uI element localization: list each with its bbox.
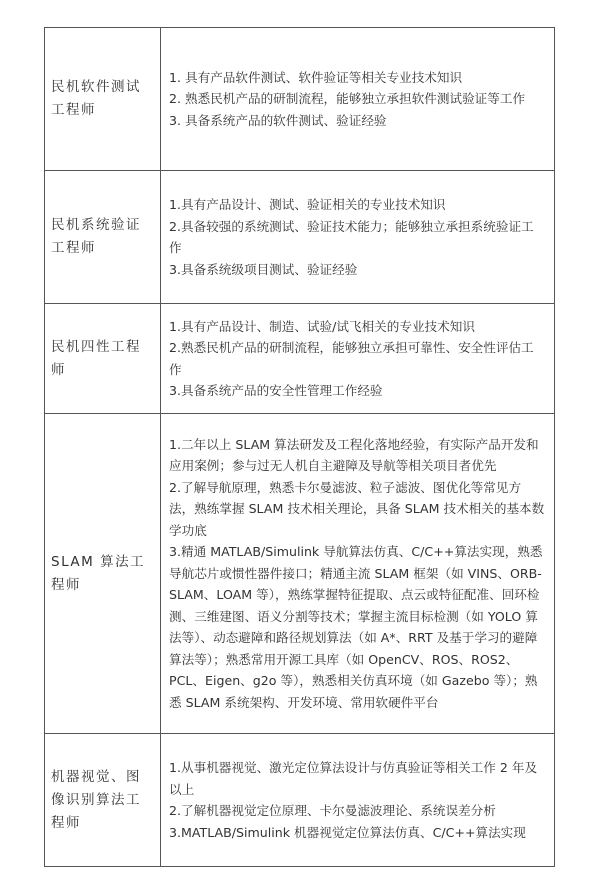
job-title: 机器视觉、图像识别算法工程师: [45, 734, 161, 867]
requirement-item: 2.了解导航原理，熟悉卡尔曼滤波、粒子滤波、图优化等常见方法，熟练掌握 SLAM…: [169, 477, 546, 542]
requirement-item: 3.具备系统级项目测试、验证经验: [169, 259, 546, 281]
job-title: 民机系统验证工程师: [45, 171, 161, 304]
requirement-item: 3. 具备系统产品的软件测试、验证经验: [169, 110, 546, 132]
requirement-item: 3.具备系统产品的安全性管理工作经验: [169, 380, 546, 402]
requirement-item: 2.具备较强的系统测试、验证技术能力；能够独立承担系统验证工作: [169, 216, 546, 259]
job-title: 民机四性工程师: [45, 304, 161, 414]
requirement-item: 2.了解机器视觉定位原理、卡尔曼滤波理论、系统误差分析: [169, 800, 546, 822]
requirement-item: 3.MATLAB/Simulink 机器视觉定位算法仿真、C/C++算法实现: [169, 822, 546, 844]
table-row: 民机四性工程师 1.具有产品设计、制造、试验/试飞相关的专业技术知识 2.熟悉民…: [45, 304, 555, 414]
job-requirements: 1.具有产品设计、制造、试验/试飞相关的专业技术知识 2.熟悉民机产品的研制流程…: [161, 304, 555, 414]
table-row: 民机系统验证工程师 1.具有产品设计、测试、验证相关的专业技术知识 2.具备较强…: [45, 171, 555, 304]
requirement-item: 2. 熟悉民机产品的研制流程，能够独立承担软件测试验证等工作: [169, 88, 546, 110]
requirement-item: 1. 具有产品软件测试、软件验证等相关专业技术知识: [169, 67, 546, 89]
job-requirements: 1. 具有产品软件测试、软件验证等相关专业技术知识 2. 熟悉民机产品的研制流程…: [161, 28, 555, 171]
table-row: 机器视觉、图像识别算法工程师 1.从事机器视觉、激光定位算法设计与仿真验证等相关…: [45, 734, 555, 867]
job-requirements-table: 民机软件测试工程师 1. 具有产品软件测试、软件验证等相关专业技术知识 2. 熟…: [44, 27, 555, 867]
job-title: SLAM 算法工程师: [45, 414, 161, 734]
requirement-item: 3.精通 MATLAB/Simulink 导航算法仿真、C/C++算法实现，熟悉…: [169, 541, 546, 713]
requirement-item: 1.具有产品设计、制造、试验/试飞相关的专业技术知识: [169, 316, 546, 338]
requirement-item: 1.从事机器视觉、激光定位算法设计与仿真验证等相关工作 2 年及以上: [169, 757, 546, 800]
table-row: SLAM 算法工程师 1.二年以上 SLAM 算法研发及工程化落地经验，有实际产…: [45, 414, 555, 734]
requirement-item: 1.二年以上 SLAM 算法研发及工程化落地经验，有实际产品开发和应用案例；参与…: [169, 434, 546, 477]
job-requirements: 1.二年以上 SLAM 算法研发及工程化落地经验，有实际产品开发和应用案例；参与…: [161, 414, 555, 734]
requirement-item: 2.熟悉民机产品的研制流程，能够独立承担可靠性、安全性评估工作: [169, 337, 546, 380]
requirement-item: 1.具有产品设计、测试、验证相关的专业技术知识: [169, 194, 546, 216]
job-title: 民机软件测试工程师: [45, 28, 161, 171]
table-row: 民机软件测试工程师 1. 具有产品软件测试、软件验证等相关专业技术知识 2. 熟…: [45, 28, 555, 171]
job-requirements: 1.从事机器视觉、激光定位算法设计与仿真验证等相关工作 2 年及以上 2.了解机…: [161, 734, 555, 867]
job-requirements: 1.具有产品设计、测试、验证相关的专业技术知识 2.具备较强的系统测试、验证技术…: [161, 171, 555, 304]
